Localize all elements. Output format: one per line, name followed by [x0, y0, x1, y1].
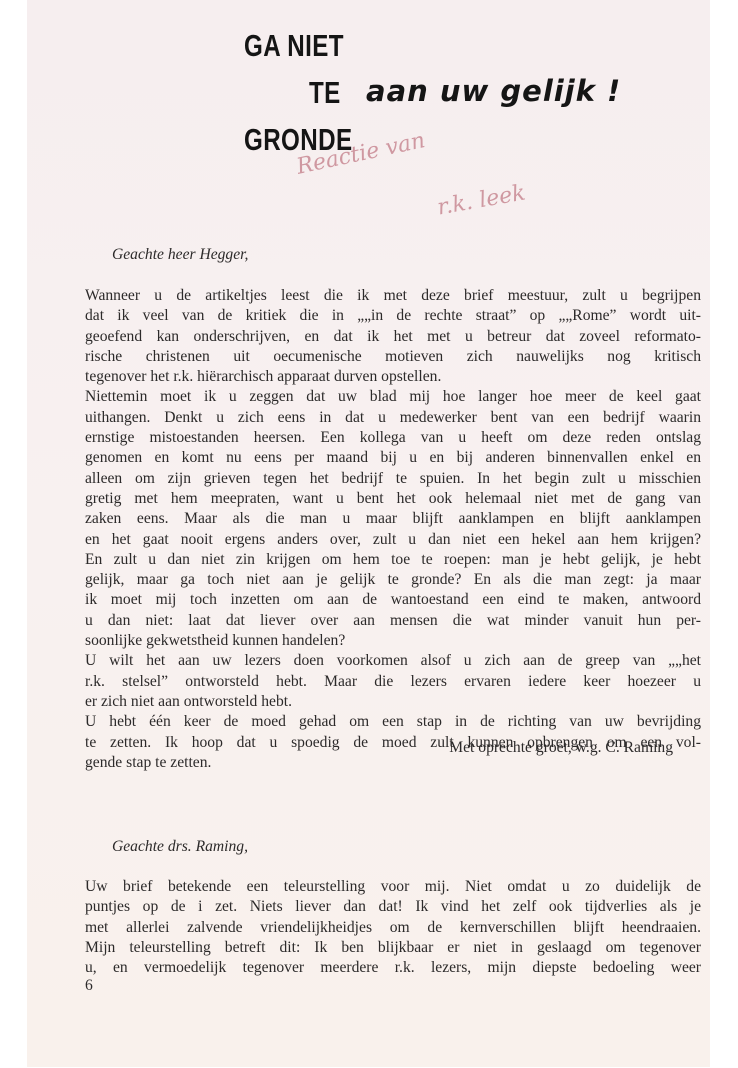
letter1-body: Wanneer u de artikeltjes leest die ik me… — [85, 286, 701, 773]
text-line: rische christenen uit oecumenische motie… — [85, 347, 701, 367]
title-italic-phrase: aan uw gelijk ! — [366, 74, 621, 108]
handwritten-note-line-2: r.k. leek — [436, 180, 528, 220]
text-line: U hebt één keer de moed gehad om een sta… — [85, 712, 701, 732]
text-line: met allerlei zalvende vriendelijkheidjes… — [85, 918, 701, 938]
page-number: 6 — [85, 977, 93, 995]
article-title: GA NIET TE GRONDE aan uw gelijk ! — [244, 30, 664, 170]
text-line: ernstige mistoestanden heersen. Een koll… — [85, 428, 701, 448]
text-line: U wilt het aan uw lezers doen voorkomen … — [85, 651, 701, 671]
text-line: r.k. stelsel” ontworsteld hebt. Maar die… — [85, 672, 701, 692]
text-line: u dan niet: laat dat liever over aan men… — [85, 611, 701, 631]
text-line: En zult u dan niet zin krijgen om hem to… — [85, 550, 701, 570]
title-line-1: GA NIET — [244, 30, 344, 61]
text-line: geoefend kan onderschrijven, en dat ik h… — [85, 327, 701, 347]
text-line: soonlijke gekwetstheid kunnen handelen? — [85, 631, 701, 651]
title-line-2: TE — [309, 77, 341, 108]
text-line: tegenover het r.k. hiërarchisch apparaat… — [85, 367, 701, 387]
text-line: puntjes op de i zet. Niets liever dan da… — [85, 897, 701, 917]
text-line: zaken eens. Maar als die man u maar blij… — [85, 509, 701, 529]
letter2-body: Uw brief betekende een teleurstelling vo… — [85, 877, 701, 978]
text-line: Wanneer u de artikeltjes leest die ik me… — [85, 286, 701, 306]
text-line: ik moet mij toch inzetten om aan de want… — [85, 590, 701, 610]
text-line: Mijn teleurstelling betreft dit: Ik ben … — [85, 938, 701, 958]
text-line: alleen om zijn grieven tegen het bedrijf… — [85, 469, 701, 489]
letter2-salutation: Geachte drs. Raming, — [112, 838, 248, 856]
text-line: uithangen. Denkt u zich eens in dat u me… — [85, 408, 701, 428]
text-line: gretig met hem meepraten, want u bent he… — [85, 489, 701, 509]
letter1-signature: Met oprechte groet, w.g. C. Raming — [449, 739, 673, 757]
text-line: en het gaat nooit ergens anders over, zu… — [85, 530, 701, 550]
text-line: u, en vermoedelijk tegenover meerdere r.… — [85, 958, 701, 978]
page-paper: GA NIET TE GRONDE aan uw gelijk ! Reacti… — [27, 0, 710, 1067]
text-line: gelijk, maar ga toch niet aan je gelijk … — [85, 570, 701, 590]
text-line: dat ik veel van de kritiek die in „„in d… — [85, 306, 701, 326]
text-line: er zich niet aan ontworsteld hebt. — [85, 692, 701, 712]
text-line: genomen en komt nu eens per maand bij u … — [85, 448, 701, 468]
letter1-salutation: Geachte heer Hegger, — [112, 246, 248, 264]
text-line: Uw brief betekende een teleurstelling vo… — [85, 877, 701, 897]
text-line: Niettemin moet ik u zeggen dat uw blad m… — [85, 387, 701, 407]
